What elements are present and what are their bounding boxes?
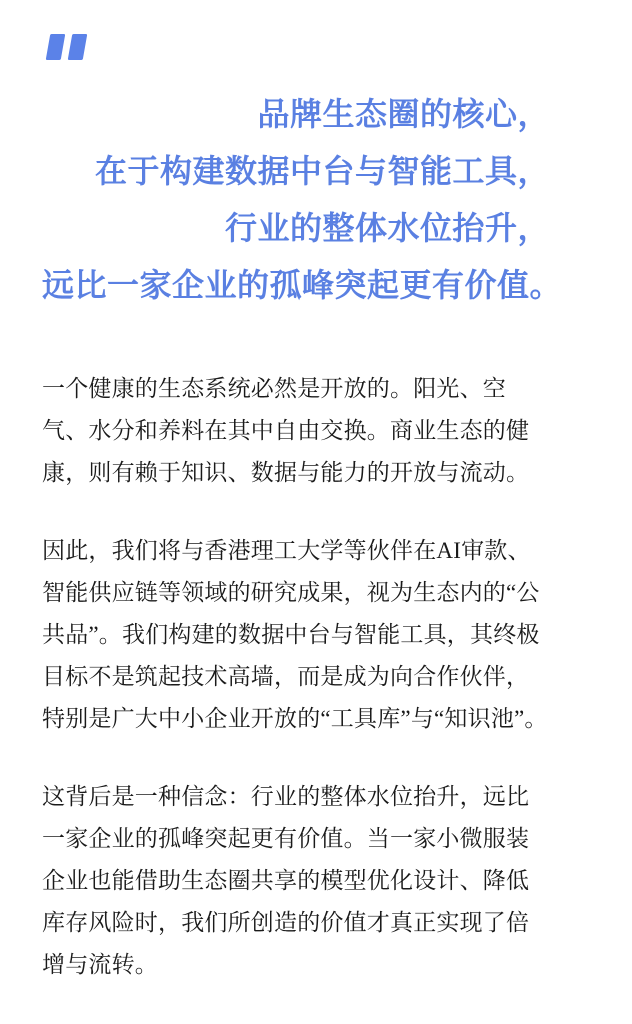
quote-bar-right (68, 34, 88, 60)
pull-quote-line: 行业的整体水位抬升， (42, 200, 550, 257)
pull-quote: 品牌生态圈的核心， 在于构建数据中台与智能工具， 行业的整体水位抬升， 远比一家… (42, 86, 550, 314)
body-paragraph: 这背后是一种信念：行业的整体水位抬升，远比一家企业的孤峰突起更有价值。当一家小微… (42, 776, 550, 986)
body-paragraph: 因此，我们将与香港理工大学等伙伴在AI审款、智能供应链等领域的研究成果，视为生态… (42, 530, 550, 740)
article-body: 一个健康的生态系统必然是开放的。阳光、空气、水分和养料在其中自由交换。商业生态的… (42, 368, 550, 986)
double-quote-mark-icon (48, 34, 550, 60)
article-page: 品牌生态圈的核心， 在于构建数据中台与智能工具， 行业的整体水位抬升， 远比一家… (0, 0, 632, 1024)
quote-bar-left (46, 34, 66, 60)
pull-quote-line: 远比一家企业的孤峰突起更有价值。 (42, 257, 550, 314)
pull-quote-line: 在于构建数据中台与智能工具， (42, 143, 550, 200)
body-paragraph: 一个健康的生态系统必然是开放的。阳光、空气、水分和养料在其中自由交换。商业生态的… (42, 368, 550, 494)
pull-quote-line: 品牌生态圈的核心， (42, 86, 550, 143)
